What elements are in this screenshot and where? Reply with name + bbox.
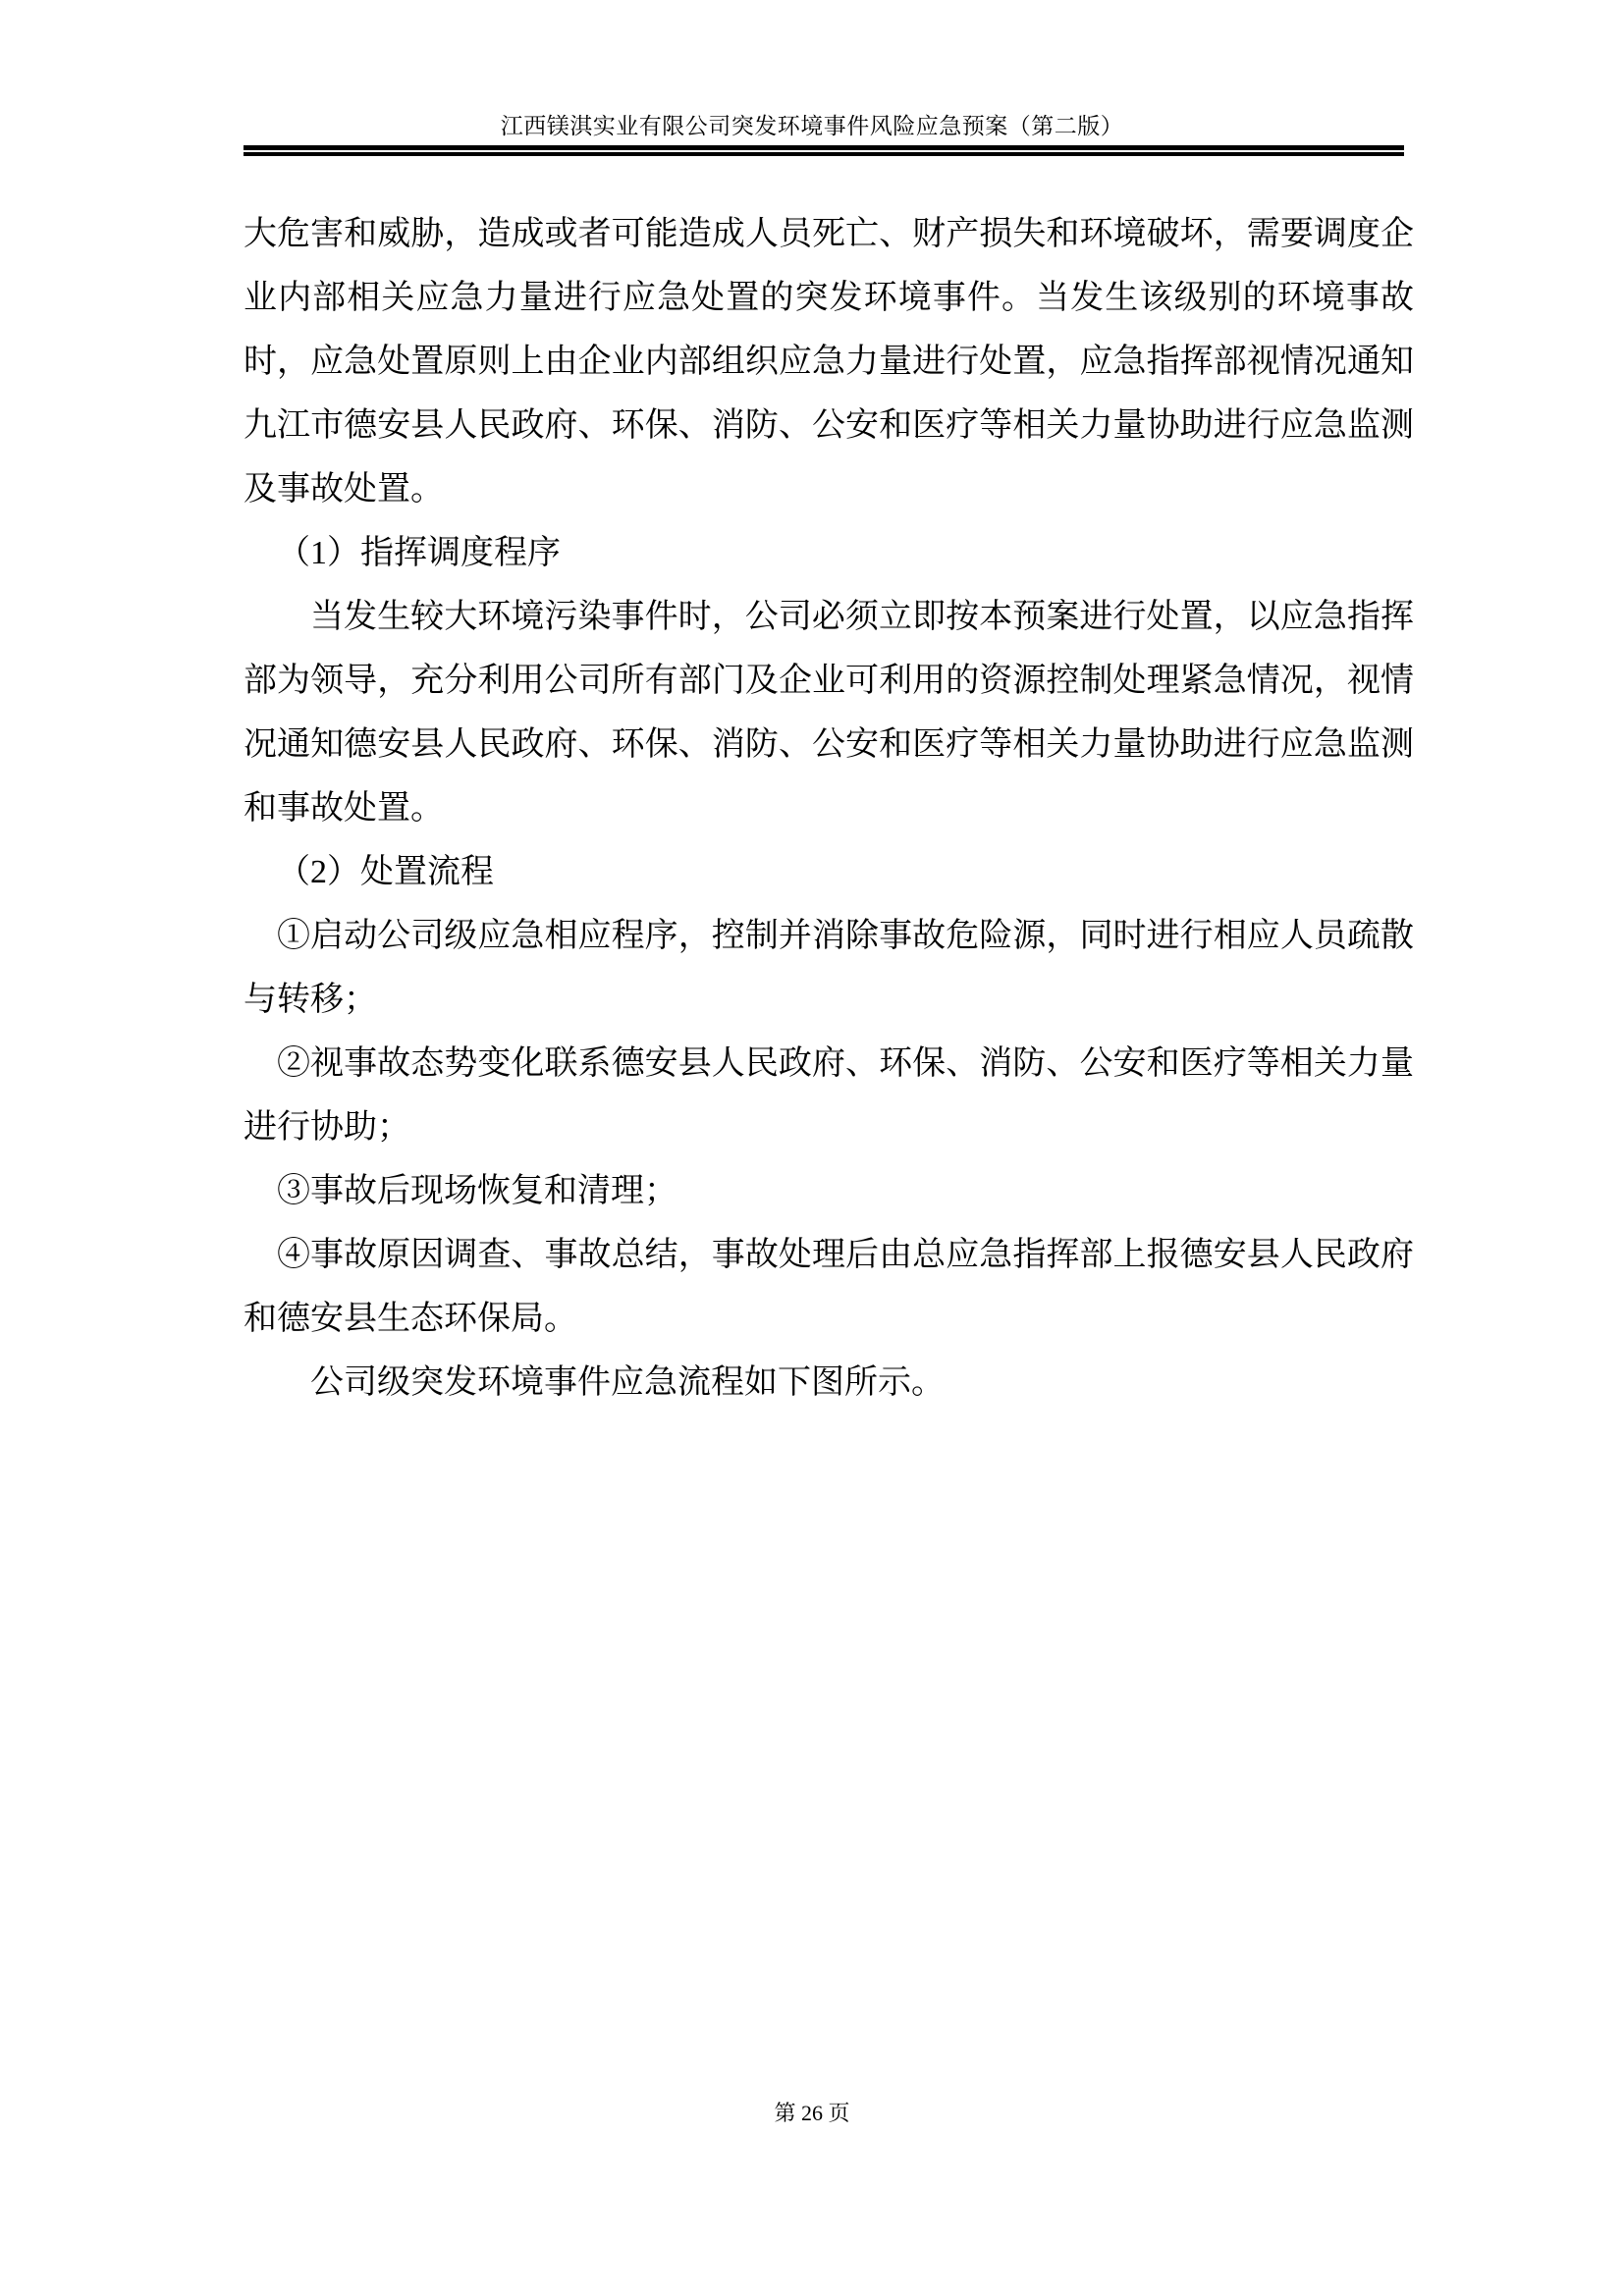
document-page: 江西镁淇实业有限公司突发环境事件风险应急预案（第二版） 大危害和威胁，造成或者可… [0,0,1624,2296]
paragraph: （2）处置流程 [244,840,1414,904]
paragraph: ②视事故态势变化联系德安县人民政府、环保、消防、公安和医疗等相关力量进行协助； [244,1032,1414,1159]
paragraph: ③事故后现场恢复和清理； [244,1159,1414,1223]
header-rule-bottom-line [244,152,1404,156]
paragraph: 大危害和威胁，造成或者可能造成人员死亡、财产损失和环境破坏，需要调度企业内部相关… [244,202,1414,521]
header-title: 江西镁淇实业有限公司突发环境事件风险应急预案（第二版） [0,112,1624,141]
paragraph: 公司级突发环境事件应急流程如下图所示。 [244,1351,1414,1415]
page-footer: 第 26 页 [0,2100,1624,2127]
paragraph: （1）指挥调度程序 [244,521,1414,585]
header-rule [244,145,1404,156]
paragraph: ④事故原因调查、事故总结，事故处理后由总应急指挥部上报德安县人民政府和德安县生态… [244,1223,1414,1351]
document-body: 大危害和威胁，造成或者可能造成人员死亡、财产损失和环境破坏，需要调度企业内部相关… [244,202,1414,1415]
paragraph: ①启动公司级应急相应程序，控制并消除事故危险源，同时进行相应人员疏散与转移； [244,904,1414,1032]
paragraph: 当发生较大环境污染事件时，公司必须立即按本预案进行处置，以应急指挥部为领导，充分… [244,585,1414,840]
page-number: 第 26 页 [774,2101,849,2125]
